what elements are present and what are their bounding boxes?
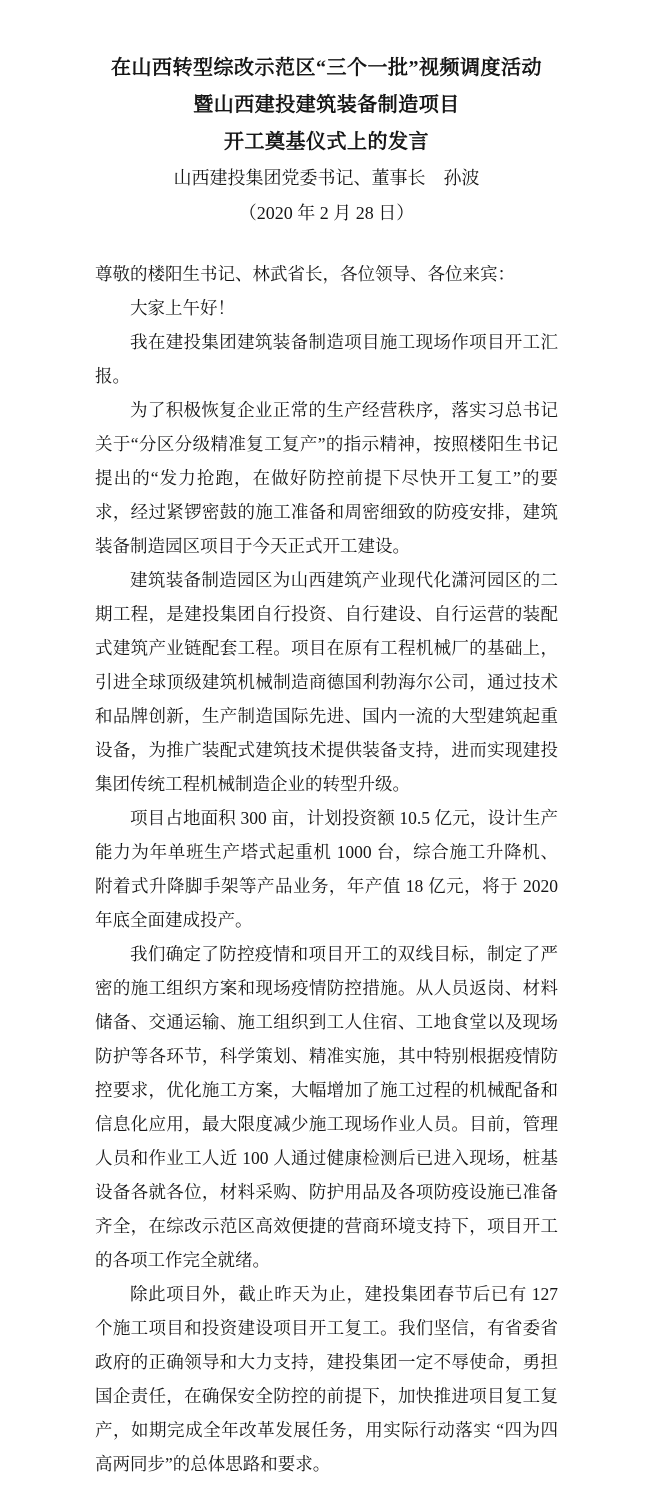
paragraph-greeting: 大家上午好！ [95, 291, 558, 325]
paragraph-epidemic-measures: 我们确定了防控疫情和项目开工的双线目标，制定了严密的施工组织方案和现场疫情防控措… [95, 937, 558, 1277]
paragraph-park-overview: 建筑装备制造园区为山西建筑产业现代化潇河园区的二期工程，是建投集团自行投资、自行… [95, 563, 558, 801]
salutation-line: 尊敬的楼阳生书记、林武省长，各位领导、各位来宾： [95, 257, 558, 291]
title-line-2: 暨山西建投建筑装备制造项目 [95, 87, 558, 124]
author-line: 山西建投集团党委书记、董事长 孙波 [95, 161, 558, 196]
document-page: 在山西转型综改示范区“三个一批”视频调度活动 暨山西建投建筑装备制造项目 开工奠… [0, 0, 650, 1486]
title-line-1: 在山西转型综改示范区“三个一批”视频调度活动 [95, 50, 558, 87]
document-title: 在山西转型综改示范区“三个一批”视频调度活动 暨山西建投建筑装备制造项目 开工奠… [95, 50, 558, 161]
document-body: 尊敬的楼阳生书记、林武省长，各位领导、各位来宾： 大家上午好！ 我在建投集团建筑… [95, 257, 558, 1481]
paragraph-closing: 除此项目外，截止昨天为止，建投集团春节后已有 127 个施工项目和投资建设项目开… [95, 1277, 558, 1481]
date-line: （2020 年 2 月 28 日） [95, 196, 558, 231]
paragraph-intro: 我在建投集团建筑装备制造项目施工现场作项目开工汇报。 [95, 325, 558, 393]
paragraph-project-figures: 项目占地面积 300 亩，计划投资额 10.5 亿元，设计生产能力为年单班生产塔… [95, 801, 558, 937]
title-line-3: 开工奠基仪式上的发言 [95, 124, 558, 161]
paragraph-resumption-background: 为了积极恢复企业正常的生产经营秩序，落实习总书记关于“分区分级精准复工复产”的指… [95, 393, 558, 563]
